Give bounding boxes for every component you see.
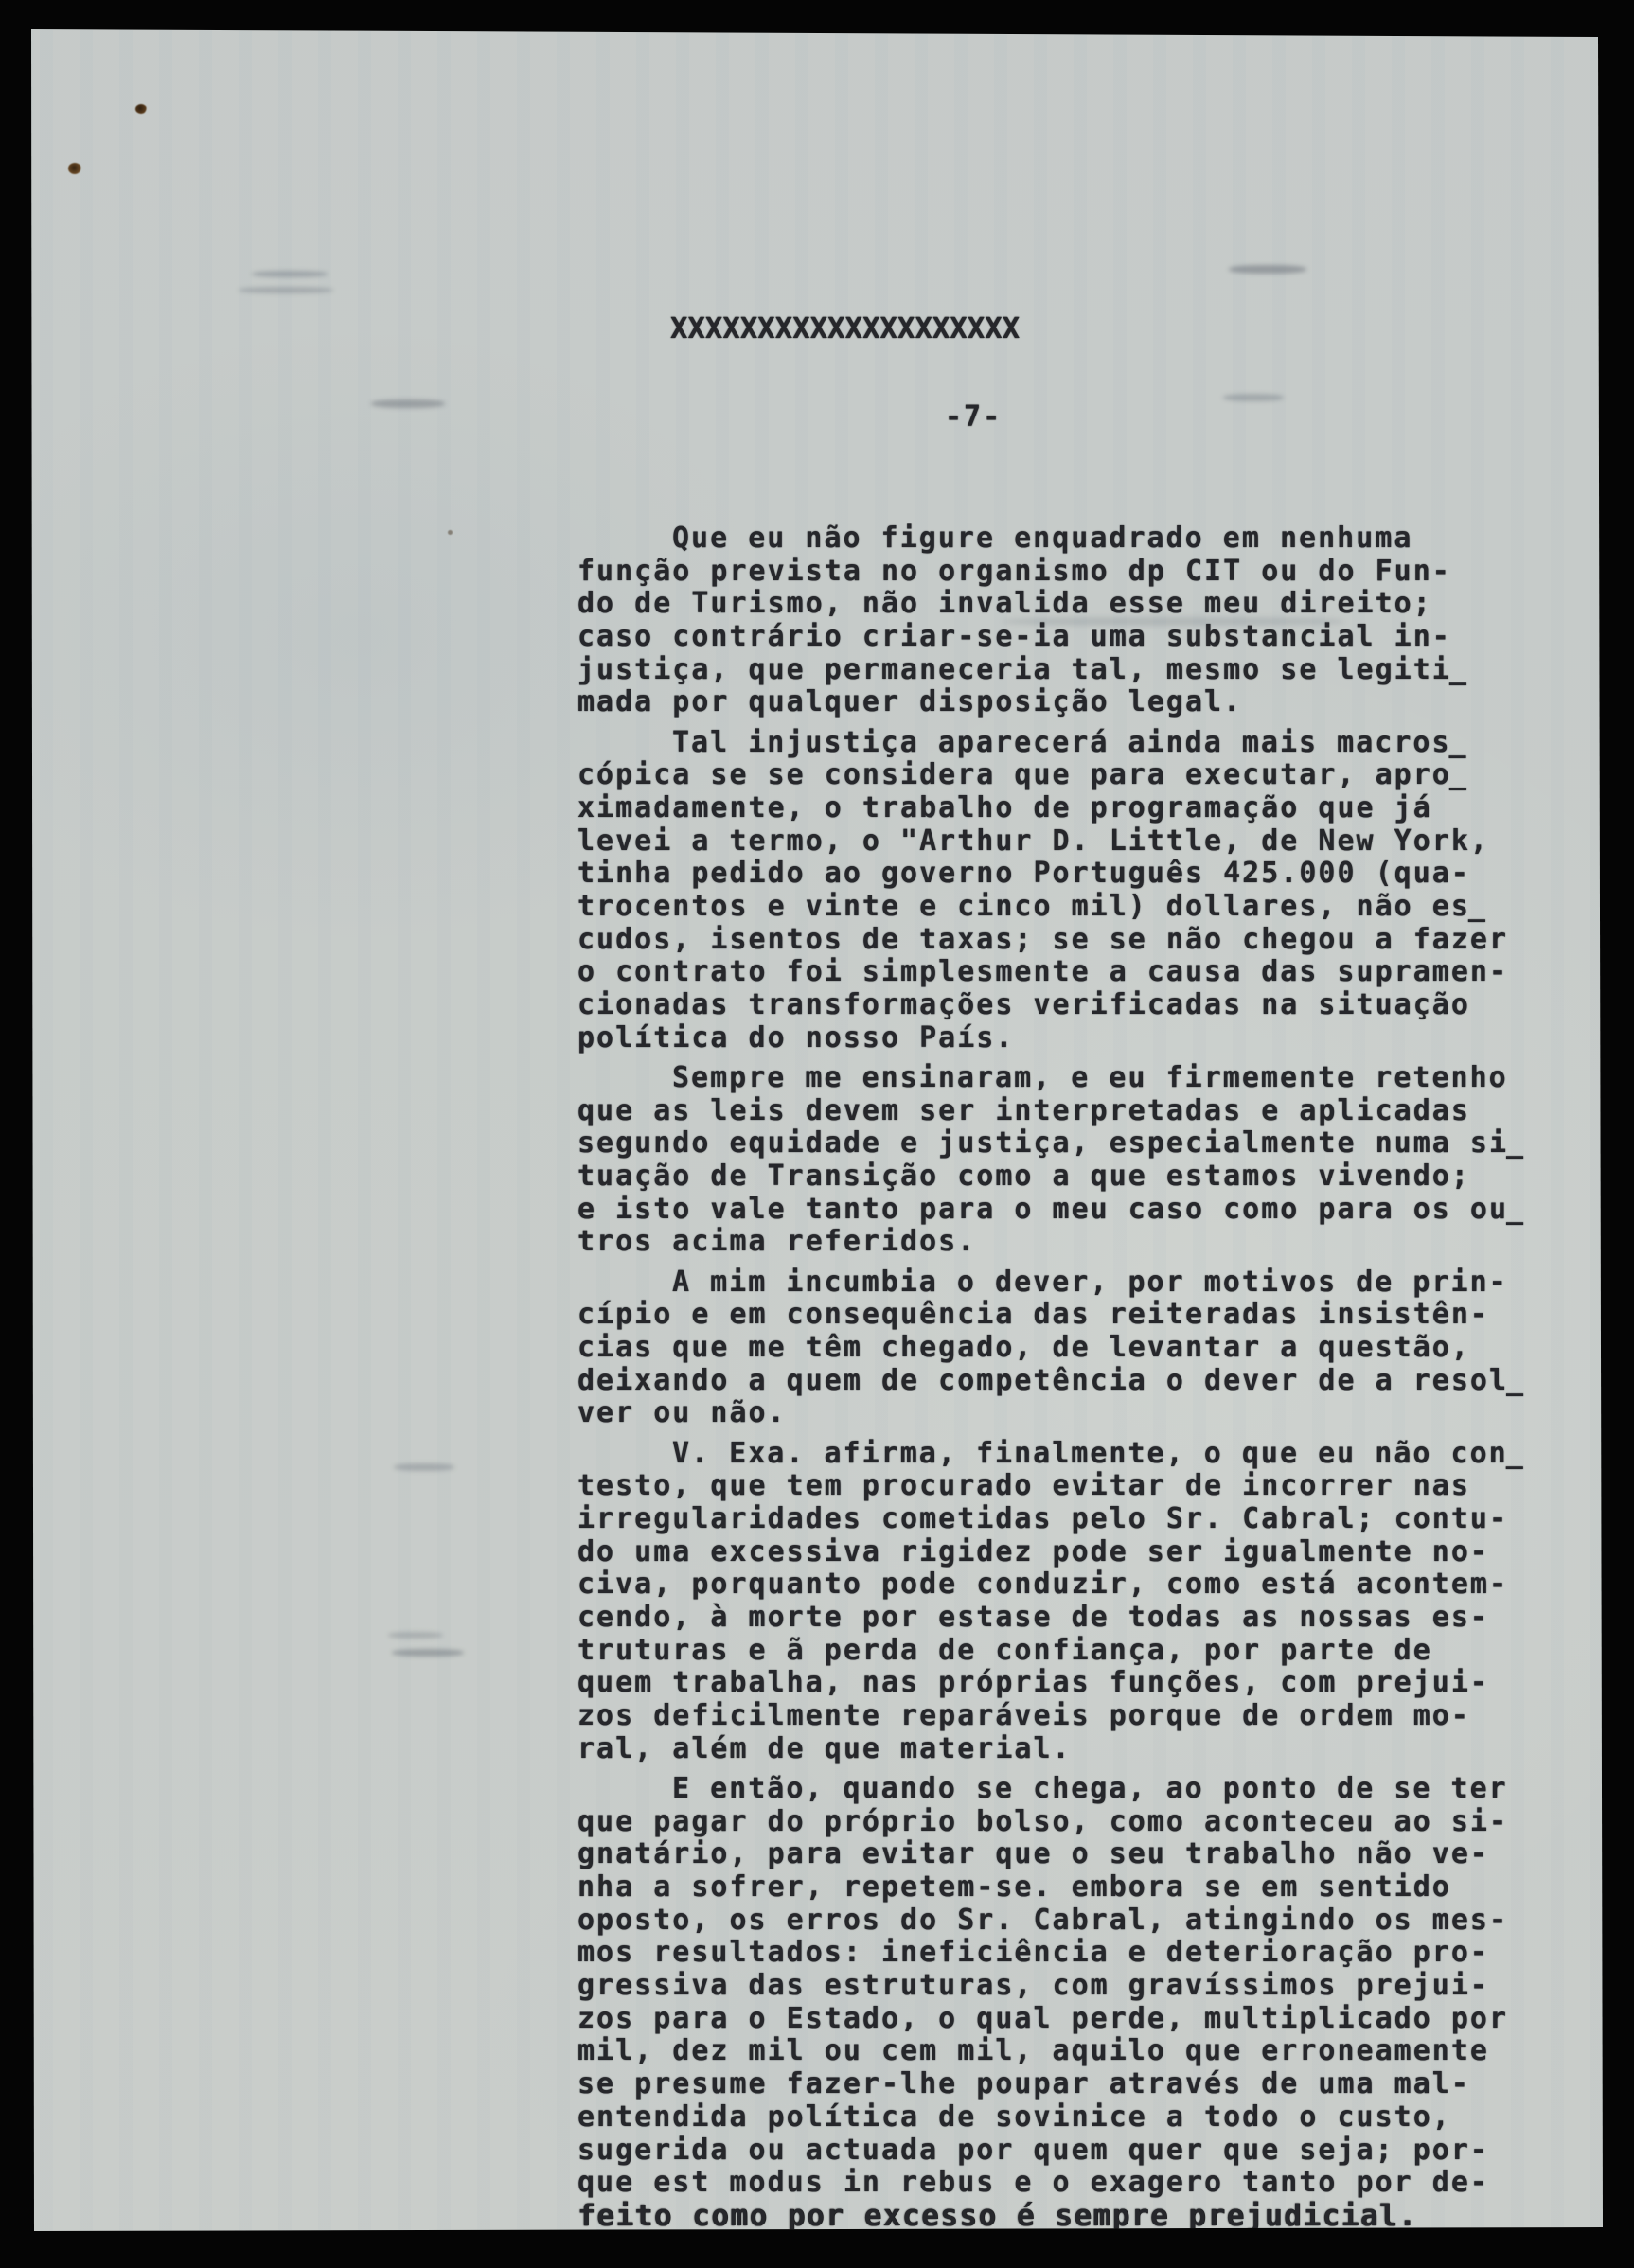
paper-stain [68,163,81,174]
text-line: do uma excessiva rigidez pode ser igualm… [577,1536,1536,1569]
text-line: cudos, isentos de taxas; se se não chego… [577,924,1536,957]
text-line: tuação de Transição como a que estamos v… [577,1161,1536,1194]
paper-stain [448,530,453,535]
text-line: que as leis devem ser interpretadas e ap… [577,1095,1536,1128]
text-line: segundo equidade e justiça, especialment… [577,1127,1536,1161]
paragraph: A mim incumbia o dever, por motivos de p… [577,1267,1536,1430]
text-line: zos deficilmente reparáveis porque de or… [577,1700,1536,1733]
text-line: cendo, à morte por estase de todas as no… [577,1602,1536,1635]
ink-smudge [388,1632,443,1639]
text-line: Que eu não figure enquadrado em nenhuma [577,523,1536,556]
text-line: testo, que tem procurado evitar de incor… [577,1470,1536,1503]
text-line: trocentos e vinte e cinco mil) dollares,… [577,891,1536,924]
text-line: ximadamente, o trabalho de programação q… [577,792,1536,825]
text-line: irregularidades cometidas pelo Sr. Cabra… [577,1503,1536,1536]
text-line: mada por qualquer disposição legal. [577,686,1536,719]
letter-body: Que eu não figure enquadrado em nenhumaf… [577,523,1536,2233]
text-line: o contrato foi simplesmente a causa das … [577,956,1536,989]
text-line: Sempre me ensinaram, e eu firmemente ret… [577,1062,1536,1095]
text-line: truturas e ã perda de confiança, por par… [577,1635,1536,1668]
paper-stain [135,104,147,114]
text-line: levei a termo, o "Arthur D. Little, de N… [577,825,1536,859]
text-line: tinha pedido ao governo Português 425.00… [577,858,1536,891]
strikeout-line: XXXXXXXXXXXXXXXXXXXX [670,313,1020,346]
text-line: que est modus in rebus e o exagero tanto… [577,2167,1536,2200]
text-line: mil, dez mil ou cem mil, aquilo que erro… [577,2035,1536,2068]
text-line: ral, além de que material. [577,1733,1536,1766]
text-line: nha a sofrer, repetem-se. embora se em s… [577,1871,1536,1905]
text-line: e isto vale tanto para o meu caso como p… [577,1194,1536,1227]
ink-smudge [392,1649,464,1657]
text-line: tros acima referidos. [577,1226,1536,1259]
paragraph: Que eu não figure enquadrado em nenhumaf… [577,523,1536,719]
ink-smudge [1229,265,1306,274]
text-line: se presume fazer-lhe poupar através de u… [577,2068,1536,2101]
paragraph: Tal injustiça aparecerá ainda mais macro… [577,727,1536,1055]
text-line: feito como por excesso é sempre prejudic… [577,2200,1536,2233]
text-line: civa, porquanto pode conduzir, como está… [577,1568,1536,1602]
text-line: cípio e em consequência das reiteradas i… [577,1299,1536,1332]
text-line: caso contrário criar-se-ia uma substanci… [577,621,1536,654]
text-line: política do nosso País. [577,1022,1536,1055]
text-line: função prevista no organismo dp CIT ou d… [577,556,1536,589]
paragraph: Sempre me ensinaram, e eu firmemente ret… [577,1062,1536,1259]
ink-smudge [239,287,333,293]
text-line: A mim incumbia o dever, por motivos de p… [577,1267,1536,1300]
text-line: oposto, os erros do Sr. Cabral, atingind… [577,1905,1536,1938]
text-line: V. Exa. afirma, finalmente, o que eu não… [577,1438,1536,1471]
text-line: Tal injustiça aparecerá ainda mais macro… [577,727,1536,760]
paper-sheet: XXXXXXXXXXXXXXXXXXXX -7- Que eu não figu… [0,0,1634,2268]
text-line: justiça, que permaneceria tal, mesmo se … [577,654,1536,687]
text-line: que pagar do próprio bolso, como acontec… [577,1806,1536,1839]
text-line: E então, quando se chega, ao ponto de se… [577,1773,1536,1806]
text-line: gnatário, para evitar que o seu trabalho… [577,1838,1536,1871]
ink-smudge [1223,394,1284,401]
scanned-page: XXXXXXXXXXXXXXXXXXXX -7- Que eu não figu… [0,0,1634,2268]
paragraph: V. Exa. afirma, finalmente, o que eu não… [577,1438,1536,1766]
text-line: cias que me têm chegado, de levantar a q… [577,1332,1536,1365]
page-number: -7- [945,401,1002,434]
text-line: gressiva das estruturas, com gravíssimos… [577,1970,1536,2003]
text-line: mos resultados: ineficiência e deteriora… [577,1937,1536,1970]
text-line: sugerida ou actuada por quem quer que se… [577,2135,1536,2168]
text-line: ver ou não. [577,1397,1536,1430]
text-line: entendida política de sovinice a todo o … [577,2101,1536,2135]
text-line: cionadas transformações verificadas na s… [577,989,1536,1022]
text-line: do de Turismo, não invalida esse meu dir… [577,588,1536,621]
ink-smudge [394,1463,454,1471]
text-line: zos para o Estado, o qual perde, multipl… [577,2003,1536,2036]
text-line: quem trabalha, nas próprias funções, com… [577,1667,1536,1700]
text-line: deixando a quem de competência o dever d… [577,1365,1536,1398]
text-line: cópica se se considera que para executar… [577,759,1536,792]
paragraph: E então, quando se chega, ao ponto de se… [577,1773,1536,2233]
ink-smudge [252,271,328,277]
ink-smudge [371,399,445,408]
